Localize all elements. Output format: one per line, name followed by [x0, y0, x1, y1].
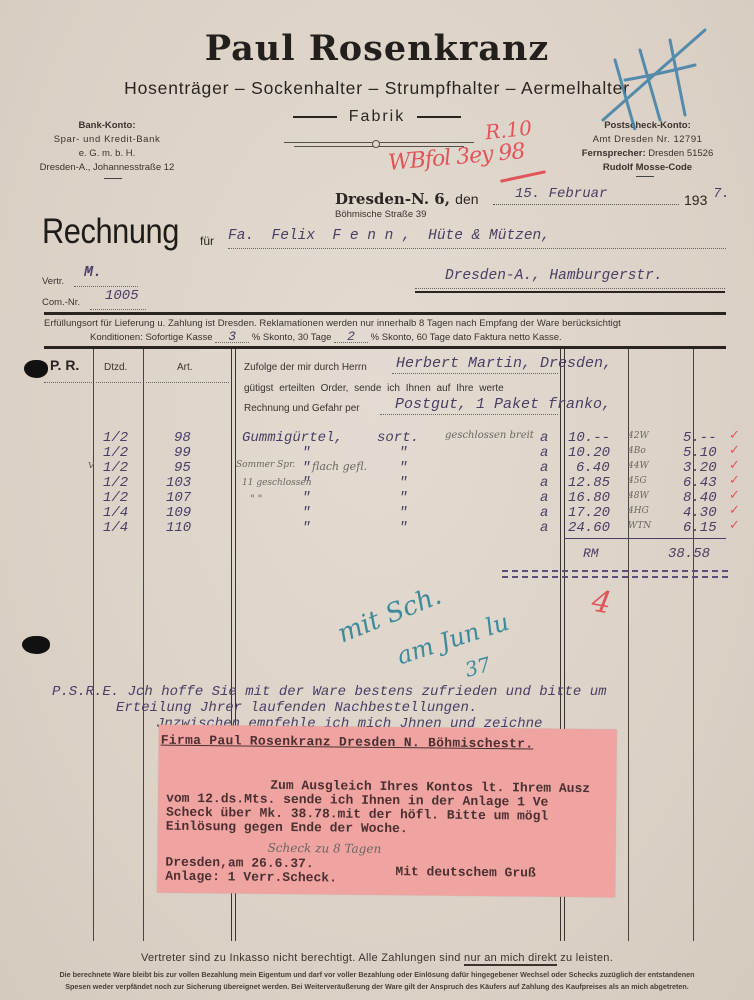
bank-line3: Dresden-A., Johannesstraße 12 [22, 161, 192, 175]
address-dotted-line [415, 288, 725, 289]
year-prefix: 193 [684, 192, 707, 208]
pencil-check: v [88, 458, 94, 471]
header-art: Art. [177, 362, 193, 373]
blue-crosshatch-mark [595, 20, 715, 130]
pencil-note: Sommer Spr. [236, 460, 295, 470]
total-double-rule [502, 570, 728, 578]
pencil-note: geschlossen breit [445, 430, 534, 441]
footer-legal: Die berechnete Ware bleibt bis zur volle… [0, 969, 754, 993]
order-intro: Zufolge der mir durch Herrn [244, 362, 367, 373]
pencil-note: 11 geschlossen [242, 478, 312, 488]
invoice-paper: Paul Rosenkranz Hosenträger – Sockenhalt… [0, 0, 754, 1000]
customer-address: Dresden-A., Hamburgerstr. [445, 268, 663, 284]
order-agent: Herbert Martin, Dresden, [396, 355, 612, 372]
customer-name: Fa. Felix F e n n , Hüte & Mützen, [228, 228, 550, 244]
pencil-note: " " [250, 494, 262, 505]
footer-notice: Vertreter sind zu Inkasso nicht berechti… [0, 952, 754, 964]
red-check-icon: ✓ [729, 503, 740, 518]
shipping-dotted-line [380, 414, 558, 415]
bank-title: Bank-Konto: [22, 119, 192, 133]
vertr-value: M. [84, 264, 102, 281]
invoice-date: 15. Februar [515, 186, 607, 202]
conditions-line: Konditionen: Sofortige Kasse 3 % Skonto,… [90, 332, 690, 343]
document-title: Rechnung [42, 212, 179, 252]
header-underline [44, 382, 92, 383]
vertr-dotted-line [74, 286, 138, 287]
shipping-method: Postgut, 1 Paket franko, [395, 396, 611, 413]
header-underline [96, 382, 141, 383]
pencil-note: Scheck zu 8 Tagen [268, 841, 382, 856]
red-check-icon: ✓ [729, 458, 740, 473]
subtotal-line [564, 538, 726, 539]
header-pr: P. R. [50, 357, 79, 373]
bank-line1: Spar- und Kredit-Bank [22, 133, 192, 147]
red-check-icon: ✓ [729, 428, 740, 443]
bank-line2: e. G. m. b. H. [22, 147, 192, 161]
dash-left [293, 116, 337, 118]
slip-greeting: Mit deutschem Gruß [395, 864, 536, 880]
price-note: 42W [628, 431, 649, 441]
blue-handwritten-note-3: 37 [462, 652, 493, 682]
price-note: 45G [628, 476, 647, 486]
fabrik-label: Fabrik [349, 108, 405, 125]
slip-line: Einlösung gegen Ende der Woche. [166, 819, 408, 837]
bank-account-block: Bank-Konto: Spar- und Kredit-Bank e. G. … [22, 119, 192, 175]
slip-enclosure: Anlage: 1 Verr.Scheck. [165, 869, 337, 886]
header-dtzd: Dtzd. [104, 362, 127, 373]
red-check-icon: ✓ [729, 473, 740, 488]
tick-mark [104, 178, 122, 179]
com-nr-dotted-line [90, 309, 146, 310]
red-check-icon: ✓ [729, 518, 740, 533]
postscheck-line1: Amt Dresden Nr. 12791 [560, 133, 735, 147]
mosse-code: Rudolf Mosse-Code [560, 161, 735, 175]
com-nr-value: 1005 [105, 288, 139, 304]
com-nr-label: Com.-Nr. [42, 297, 80, 308]
price-note: 48W [628, 491, 649, 501]
rule-table-top [44, 346, 726, 349]
terms-line: Erfüllungsort für Lieferung u. Zahlung i… [44, 318, 724, 329]
shipping-label: Rechnung und Gefahr per [244, 403, 360, 414]
tick-mark [636, 176, 654, 177]
slip-header: Firma Paul Rosenkranz Dresden N. Böhmisc… [161, 733, 534, 752]
invoice-total: 38.58 [668, 546, 710, 562]
red-underline [500, 170, 546, 182]
place: Dresden-N. 6, den [335, 190, 479, 208]
price-note: 4HG [628, 506, 649, 516]
currency-label: RM [583, 546, 599, 561]
address-rule [415, 291, 725, 293]
street-address: Böhmische Straße 39 [335, 209, 426, 220]
price-note: WTN [628, 521, 651, 531]
date-dotted-line [493, 203, 679, 205]
header-underline [146, 382, 229, 383]
customer-dotted-line [228, 248, 726, 249]
dash-right [417, 116, 461, 118]
ink-blot [24, 360, 48, 378]
fuer-label: für [200, 234, 214, 248]
rule-top [44, 312, 726, 315]
pink-payment-slip: Firma Paul Rosenkranz Dresden N. Böhmisc… [157, 725, 617, 898]
red-check-icon: ✓ [729, 488, 740, 503]
agent-dotted-line [392, 373, 558, 374]
pencil-note: flach gefl. [312, 460, 367, 473]
ink-blot [22, 636, 50, 654]
skonto2-value: 2 [334, 332, 368, 343]
red-check-icon: ✓ [729, 443, 740, 458]
red-mark: 4 [589, 584, 614, 622]
price-note: 44W [628, 461, 649, 471]
price-note: 4Bo [628, 446, 646, 456]
skonto1-value: 3 [215, 332, 249, 343]
phone-line: Fernsprecher: Dresden 51526 [560, 147, 735, 161]
order-text: gütigst erteilten Order, sende ich Ihnen… [244, 383, 504, 394]
vertr-label: Vertr. [42, 276, 64, 287]
year-suffix: 7. [713, 186, 730, 202]
